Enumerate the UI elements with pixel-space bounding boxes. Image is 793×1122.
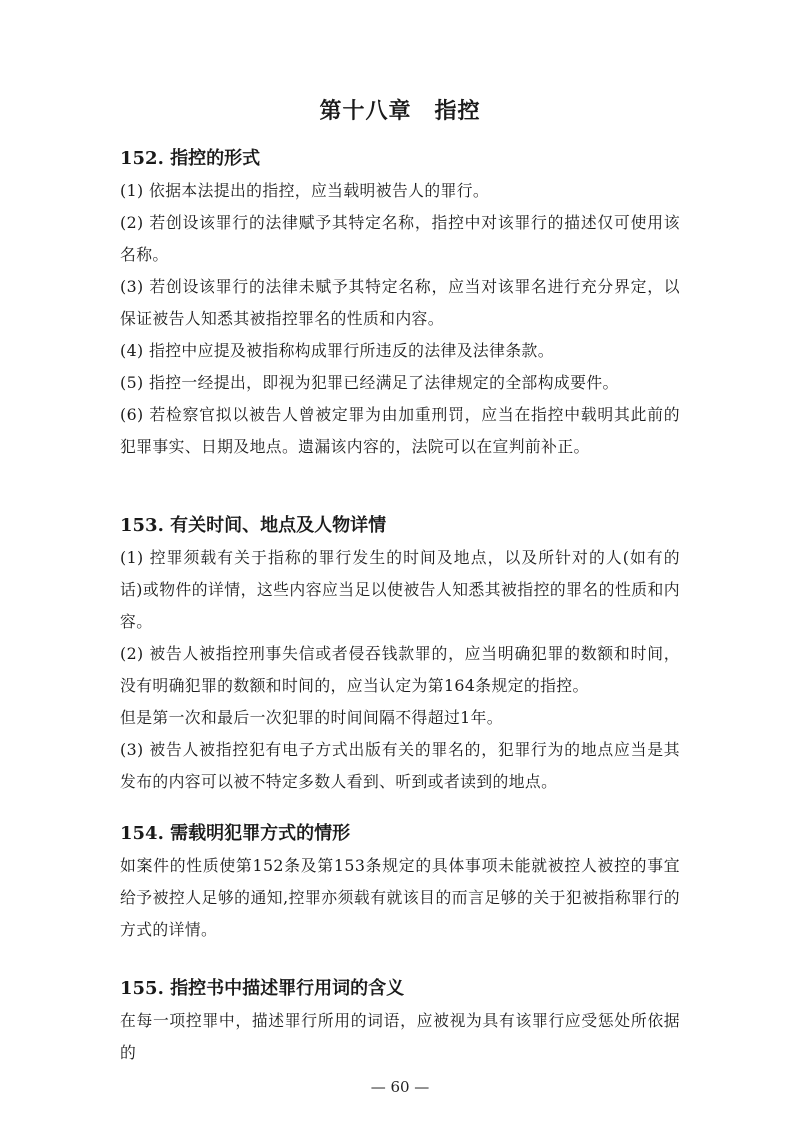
- paragraph: (3) 被告人被指控犯有电子方式出版有关的罪名的，犯罪行为的地点应当是其发布的内…: [120, 734, 680, 798]
- section-heading: 154. 需载明犯罪方式的情形: [120, 818, 680, 850]
- section-153: 153. 有关时间、地点及人物详情 (1) 控罪须载有关于指称的罪行发生的时间及…: [120, 510, 680, 798]
- page-number: — 60 —: [120, 1075, 680, 1099]
- document-page: 第十八章 指控 152. 指控的形式 (1) 依据本法提出的指控，应当载明被告人…: [0, 0, 793, 1122]
- section-155: 155. 指控书中描述罪行用词的含义 在每一项控罪中，描述罪行所用的词语，应被视…: [120, 973, 680, 1069]
- paragraph: (4) 指控中应提及被指称构成罪行所违反的法律及法律条款。: [120, 335, 680, 367]
- paragraph: (1) 控罪须载有关于指称的罪行发生的时间及地点，以及所针对的人(如有的话)或物…: [120, 542, 680, 638]
- section-heading: 152. 指控的形式: [120, 143, 680, 175]
- paragraph: 在每一项控罪中，描述罪行所用的词语，应被视为具有该罪行应受惩处所依据的: [120, 1005, 680, 1069]
- paragraph: (3) 若创设该罪行的法律未赋予其特定名称，应当对该罪名进行充分界定，以保证被告…: [120, 271, 680, 335]
- paragraph: (5) 指控一经提出，即视为犯罪已经满足了法律规定的全部构成要件。: [120, 367, 680, 399]
- paragraph: (2) 若创设该罪行的法律赋予其特定名称，指控中对该罪行的描述仅可使用该名称。: [120, 207, 680, 271]
- document-content: 第十八章 指控 152. 指控的形式 (1) 依据本法提出的指控，应当载明被告人…: [120, 95, 680, 1099]
- section-heading: 155. 指控书中描述罪行用词的含义: [120, 973, 680, 1005]
- section-heading: 153. 有关时间、地点及人物详情: [120, 510, 680, 542]
- paragraph: (2) 被告人被指控刑事失信或者侵吞钱款罪的，应当明确犯罪的数额和时间，没有明确…: [120, 638, 680, 702]
- paragraph: (6) 若检察官拟以被告人曾被定罪为由加重刑罚，应当在指控中载明其此前的犯罪事实…: [120, 399, 680, 463]
- paragraph: 如案件的性质使第152条及第153条规定的具体事项未能就被控人被控的事宜给予被控…: [120, 850, 680, 946]
- paragraph: 但是第一次和最后一次犯罪的时间间隔不得超过1年。: [120, 702, 680, 734]
- section-152: 152. 指控的形式 (1) 依据本法提出的指控，应当载明被告人的罪行。 (2)…: [120, 143, 680, 463]
- paragraph: (1) 依据本法提出的指控，应当载明被告人的罪行。: [120, 175, 680, 207]
- chapter-title: 第十八章 指控: [120, 95, 680, 127]
- section-154: 154. 需载明犯罪方式的情形 如案件的性质使第152条及第153条规定的具体事…: [120, 818, 680, 946]
